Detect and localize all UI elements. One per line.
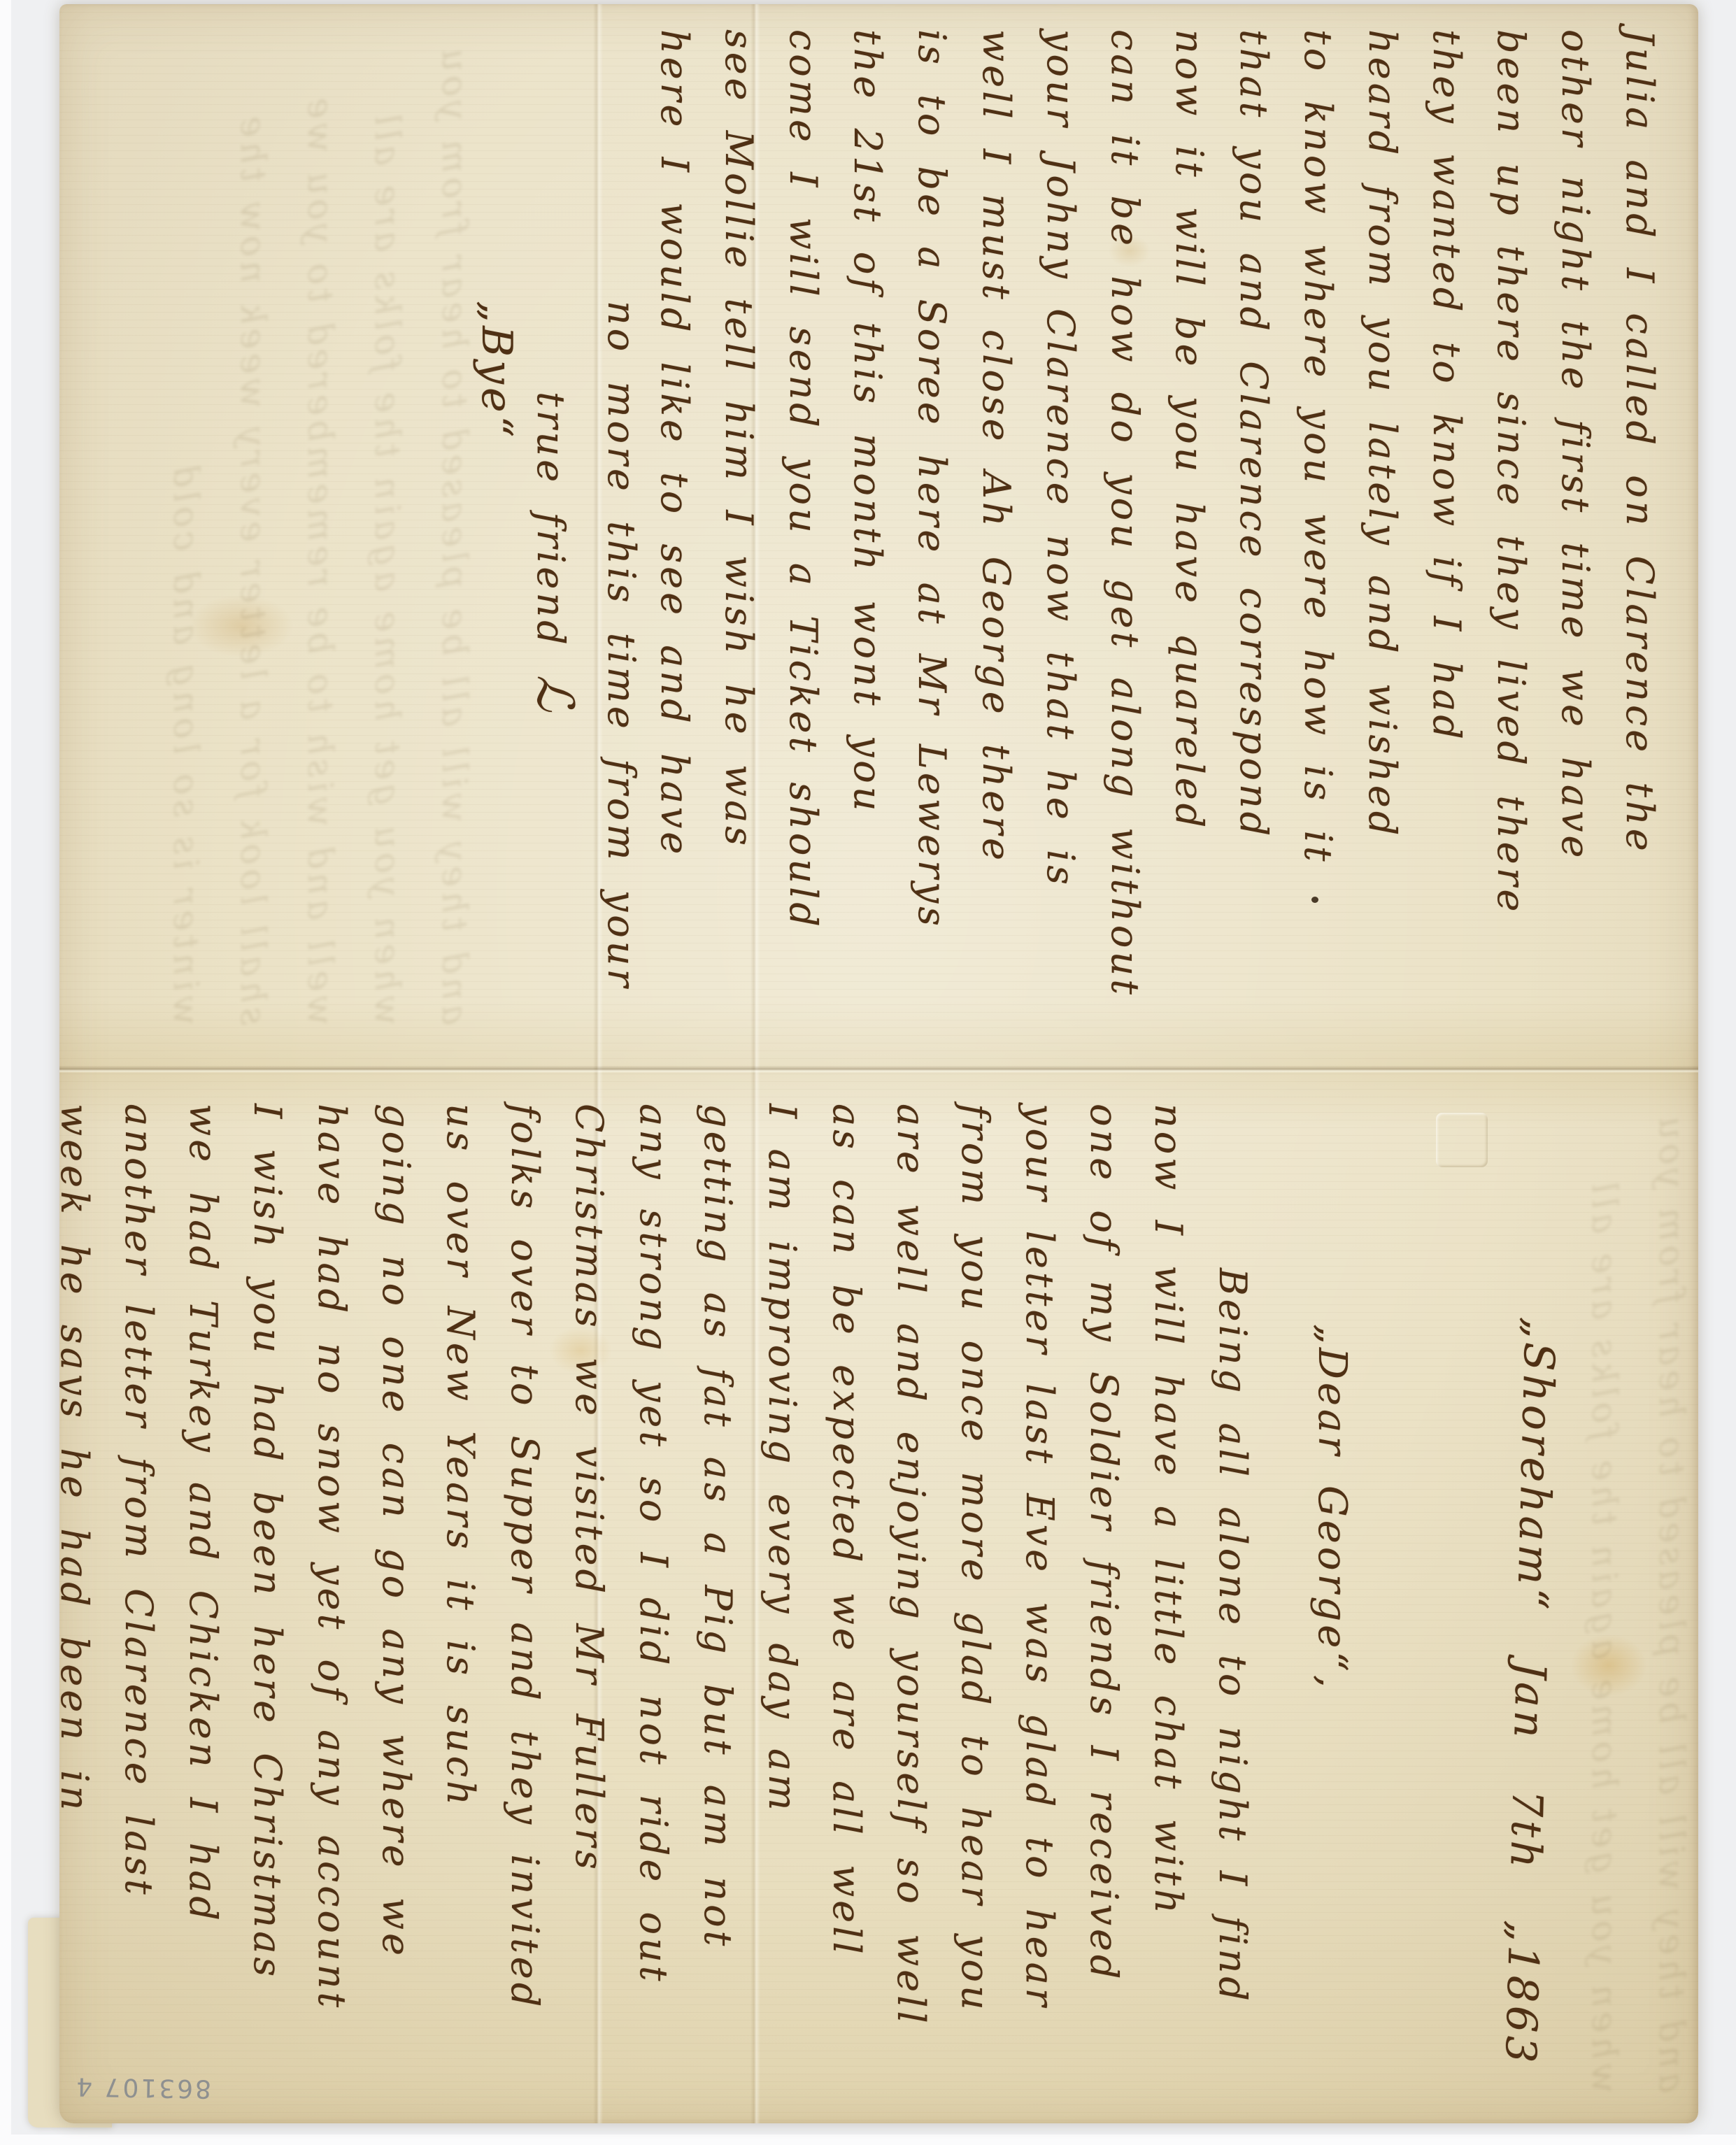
ghost-text: and they will all be pleased to hear fro…: [152, 32, 488, 1025]
handwritten-line: Christmas we visited Mr Fullers: [557, 1104, 621, 2027]
handwritten-line: now it will be you have quareled: [1157, 29, 1221, 998]
pencil-archive-number: 863107 4: [71, 2072, 212, 2102]
handwritten-line: your letter last Eve was glad to hear: [1007, 1104, 1072, 2027]
handwritten-line: are well and enjoying yourself so well: [878, 1104, 943, 2027]
scan-background: Julia and I called on Clarence theother …: [0, 0, 1736, 2145]
dateline: „Shoreham“ Jan 7th „1863: [1488, 1316, 1572, 2067]
handwritten-line: come I will send you a Ticket should: [771, 29, 835, 998]
handwritten-line: any strong yet so I did not ride out: [621, 1104, 685, 2027]
handwritten-line: us over New Years it is such: [428, 1104, 492, 2027]
handwritten-line: Julia and I called on Clarence the: [1607, 29, 1672, 998]
handwritten-line: now I will have a little chat with: [1136, 1104, 1200, 2027]
handwritten-line: other night the first time we have: [1543, 29, 1607, 998]
handwritten-line: I am improving every day am: [750, 1104, 814, 2027]
handwritten-line: folks over to Supper and they invited: [492, 1104, 557, 2027]
handwritten-line: they wanted to know if I had: [1414, 29, 1479, 998]
letter-page-1: „Shoreham“ Jan 7th „1863 „Dear George“, …: [59, 1072, 1698, 2123]
handwritten-line: can it be how do you get along without: [1093, 29, 1157, 998]
closing-line: no more this time from your: [589, 301, 653, 990]
handwritten-line: your Johny Clarence now that he is: [1028, 29, 1093, 998]
handwritten-line: from you once more glad to hear you: [943, 1104, 1007, 2027]
handwritten-line: Being all alone to night I find: [1200, 1104, 1265, 2027]
handwritten-line: well I must close Ah George there: [964, 29, 1028, 998]
handwritten-line: week he says he had been in: [59, 1104, 106, 2027]
embossed-stationery-stamp: [1436, 1113, 1488, 1167]
handwritten-line: as can be expected we are all well: [814, 1104, 878, 2027]
salutation: „Dear George“,: [1300, 1324, 1364, 1691]
handwritten-line: we had Turkey and Chicken I had: [171, 1104, 235, 2027]
pen-flourish: ℒ: [526, 675, 585, 715]
handwritten-line: another letter from Clarence last: [106, 1104, 171, 2027]
closing-text: true friend: [529, 392, 573, 648]
handwritten-line: that you and Clarence correspond: [1221, 29, 1286, 998]
handwritten-line: heard from you lately and wished: [1350, 29, 1414, 998]
handwritten-line: I wish you had been here Christmas: [235, 1104, 299, 2027]
handwritten-line: is to be a Soree here at Mr Lewerys: [899, 29, 964, 998]
handwritten-line: going no one can go any where we: [364, 1104, 428, 2027]
handwritten-line: see Mollie tell him I wish he was: [706, 29, 771, 998]
letter-page-2: Julia and I called on Clarence theother …: [59, 4, 1698, 1068]
ghost-text: and they will all be pleased to hear fro…: [1579, 1100, 1698, 2093]
handwritten-line: been up there since they lived there: [1479, 29, 1543, 998]
letter-sheet: Julia and I called on Clarence theother …: [59, 4, 1698, 2123]
handwritten-line: to know where you were how is it: [1286, 29, 1350, 998]
handwritten-line: the 21st of this month wont you: [835, 29, 899, 998]
handwritten-line: one of my Soldier friends I received: [1072, 1104, 1136, 2027]
page1-body: Being all alone to night I findnow I wil…: [59, 1104, 1265, 2027]
handwritten-line: getting as fat as a Pig but am not: [685, 1104, 750, 2027]
handwritten-line: have had no snow yet of any account: [299, 1104, 364, 2027]
page2-body: Julia and I called on Clarence theother …: [642, 29, 1672, 998]
